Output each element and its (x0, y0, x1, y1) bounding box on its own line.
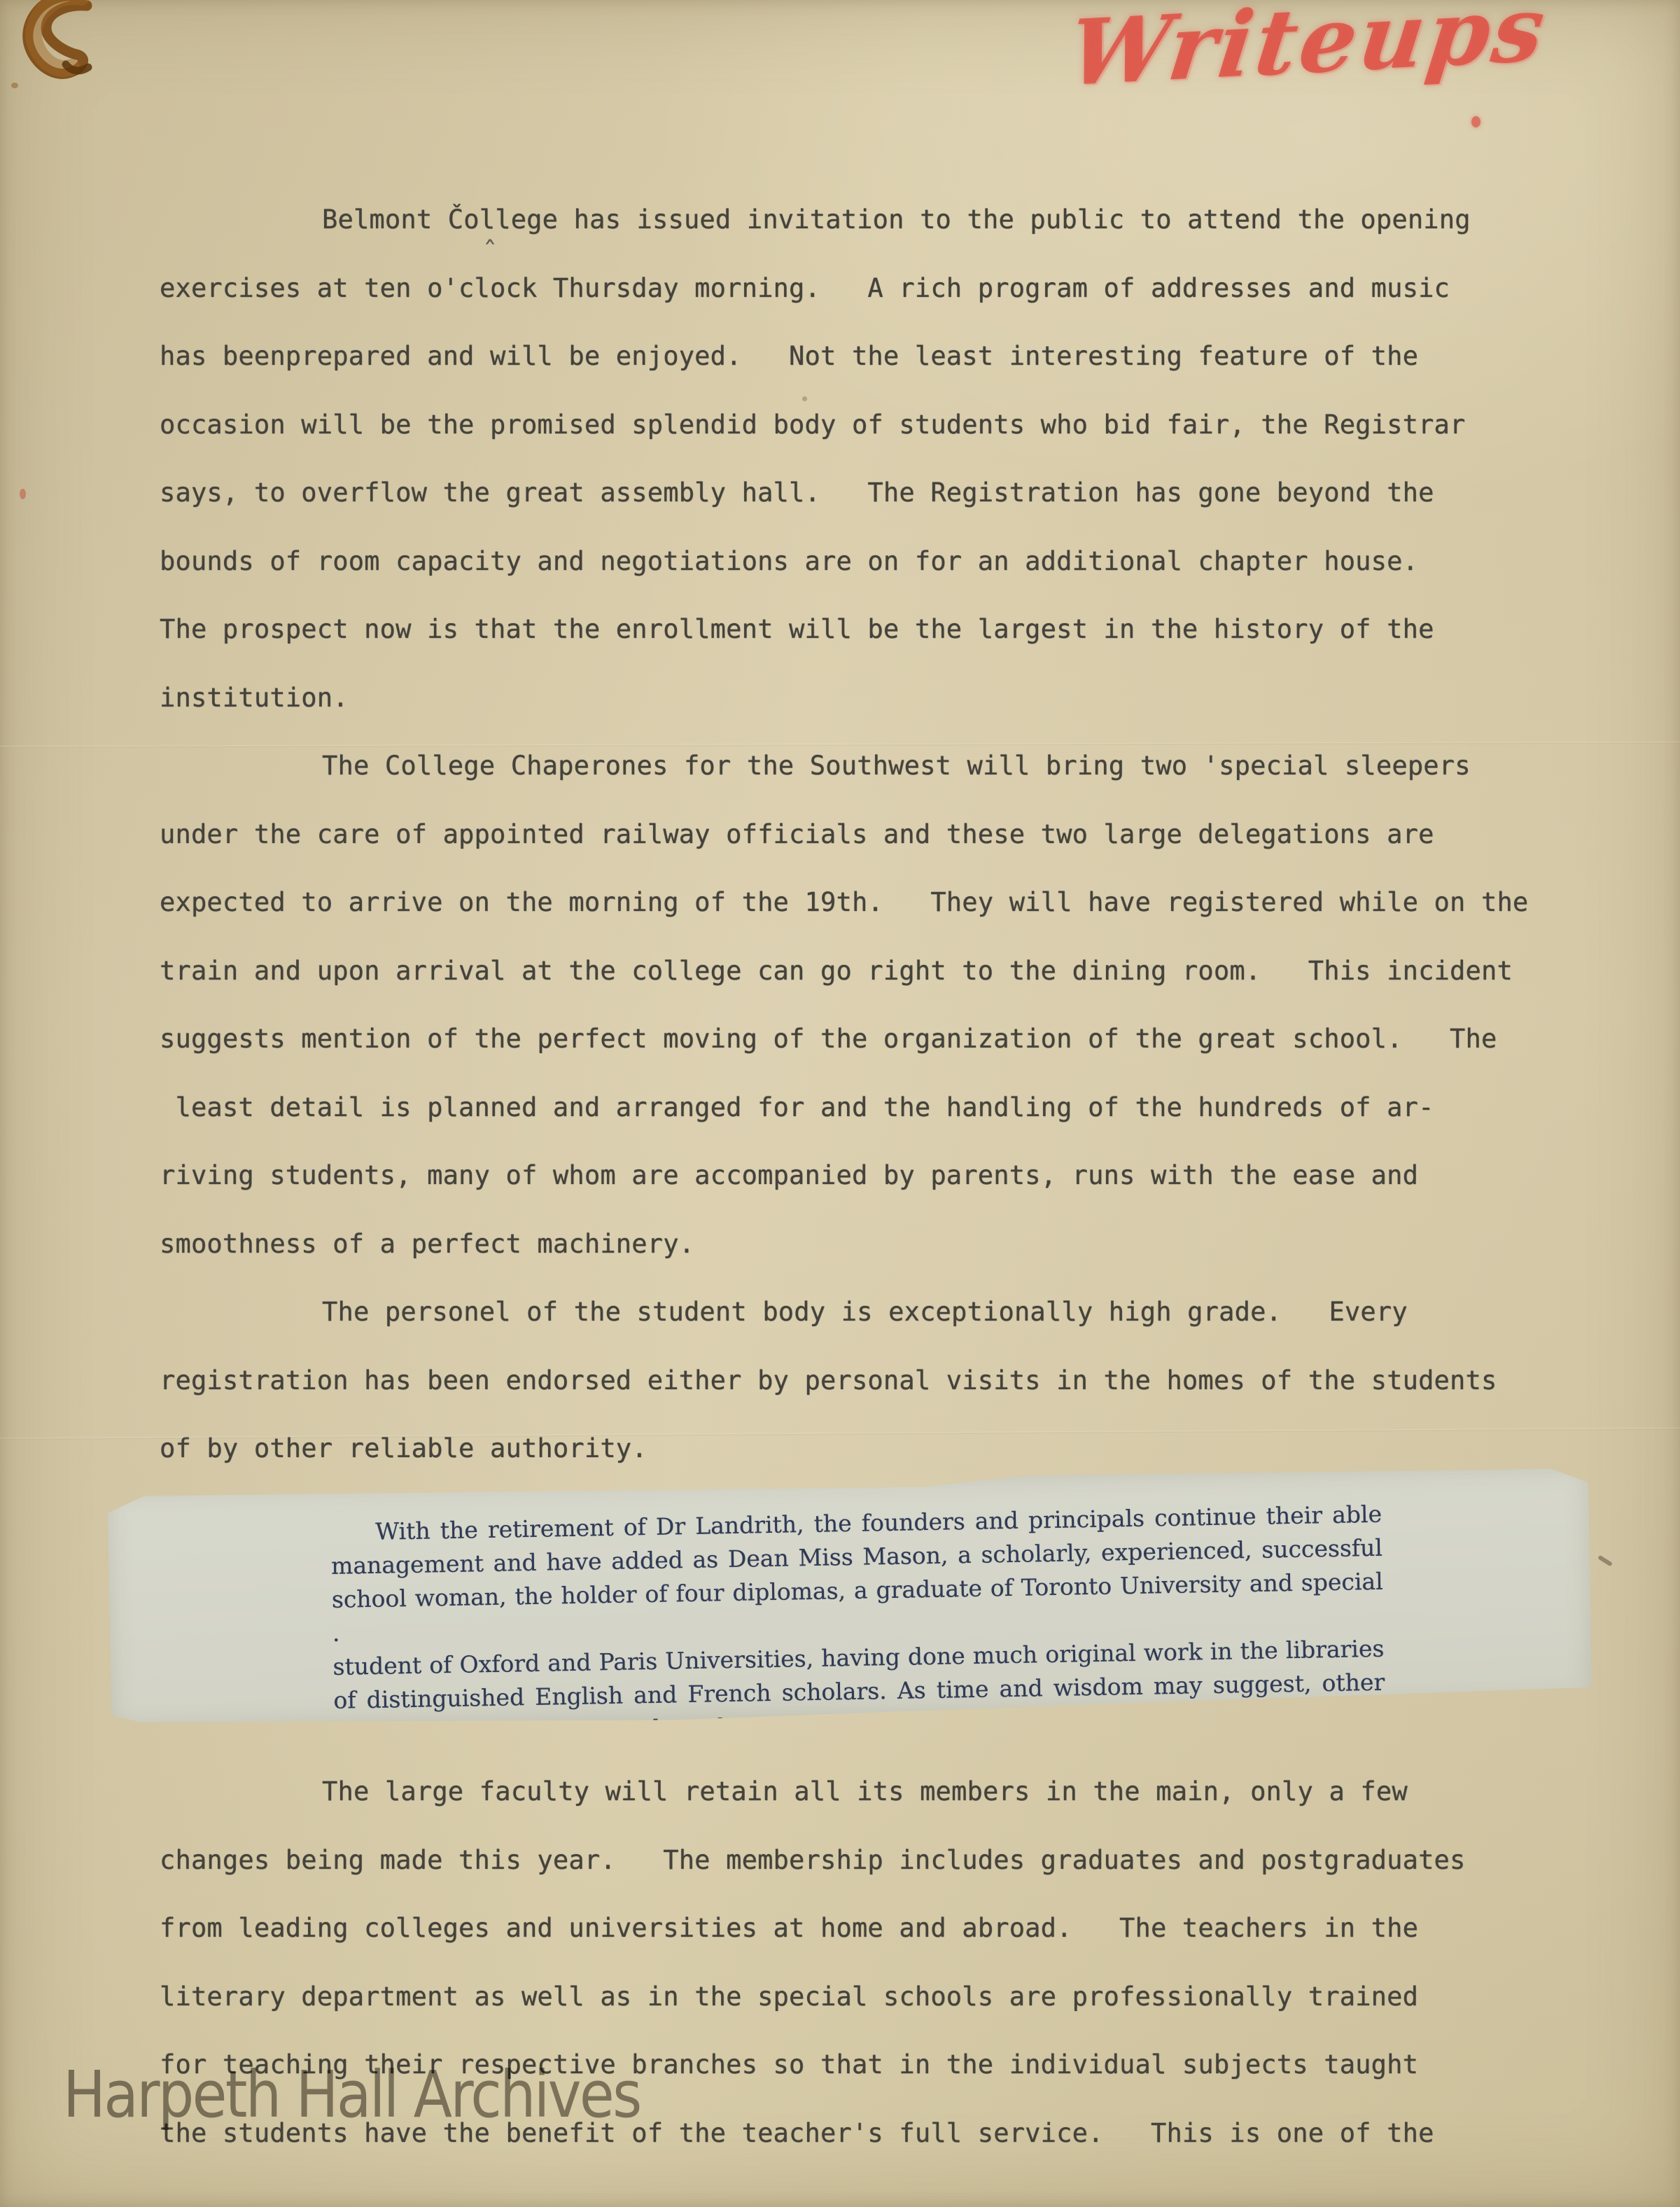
typed-line: from leading colleges and universities a… (160, 1894, 1466, 1963)
typed-line: has beenprepared and will be enjoyed. No… (160, 322, 1528, 391)
clipping-paragraph: With the retirement of Dr Landrith, the … (330, 1498, 1386, 1751)
typed-line: changes being made this year. The member… (160, 1826, 1466, 1895)
typed-paragraphs-top: Belmont Čollege has issued invitation to… (160, 186, 1528, 1483)
scanned-document-page: Writeups Belmont Čollege has issued invi… (0, 0, 1680, 2207)
typed-line: riving students, many of whom are accomp… (160, 1141, 1528, 1210)
typed-line: The personel of the student body is exce… (160, 1278, 1528, 1346)
typed-line: says, to overflow the great assembly hal… (160, 459, 1528, 527)
paper-speck (1597, 1555, 1613, 1567)
ink-stain (6, 0, 167, 99)
typed-line: The large faculty will retain all its me… (160, 1757, 1466, 1826)
archive-watermark: Harpeth Hall Archives (63, 2060, 640, 2130)
handwritten-writeups-label: Writeups (1063, 0, 1553, 113)
typed-line: literary department as well as in the sp… (160, 1963, 1466, 2031)
handwriting-ink-dot (1471, 116, 1480, 127)
typed-line: institution. (160, 664, 1528, 732)
paper-speck (20, 489, 26, 499)
paper-speck (802, 396, 807, 401)
typed-line: exercises at ten o'clock Thursday mornin… (160, 254, 1528, 323)
typed-line: suggests mention of the perfect moving o… (160, 1005, 1528, 1073)
typed-line: least detail is planned and arranged for… (160, 1073, 1528, 1142)
typed-line: Belmont Čollege has issued invitation to… (160, 186, 1528, 254)
typed-line: smoothness of a perfect machinery. (160, 1210, 1528, 1279)
typed-line: occasion will be the promised splendid b… (160, 391, 1528, 459)
typed-line: train and upon arrival at the college ca… (160, 937, 1528, 1005)
paper-speck (11, 83, 18, 88)
typed-line: registration has been endorsed either by… (160, 1346, 1528, 1415)
pasted-newspaper-clipping: With the retirement of Dr Landrith, the … (107, 1466, 1592, 1730)
typed-line: expected to arrive on the morning of the… (160, 868, 1528, 937)
typed-line: bounds of room capacity and negotiations… (160, 527, 1528, 596)
typed-line: The prospect now is that the enrollment … (160, 595, 1528, 664)
typed-line: under the care of appointed railway offi… (160, 800, 1528, 869)
stray-caret-mark: ˆ (482, 237, 498, 269)
